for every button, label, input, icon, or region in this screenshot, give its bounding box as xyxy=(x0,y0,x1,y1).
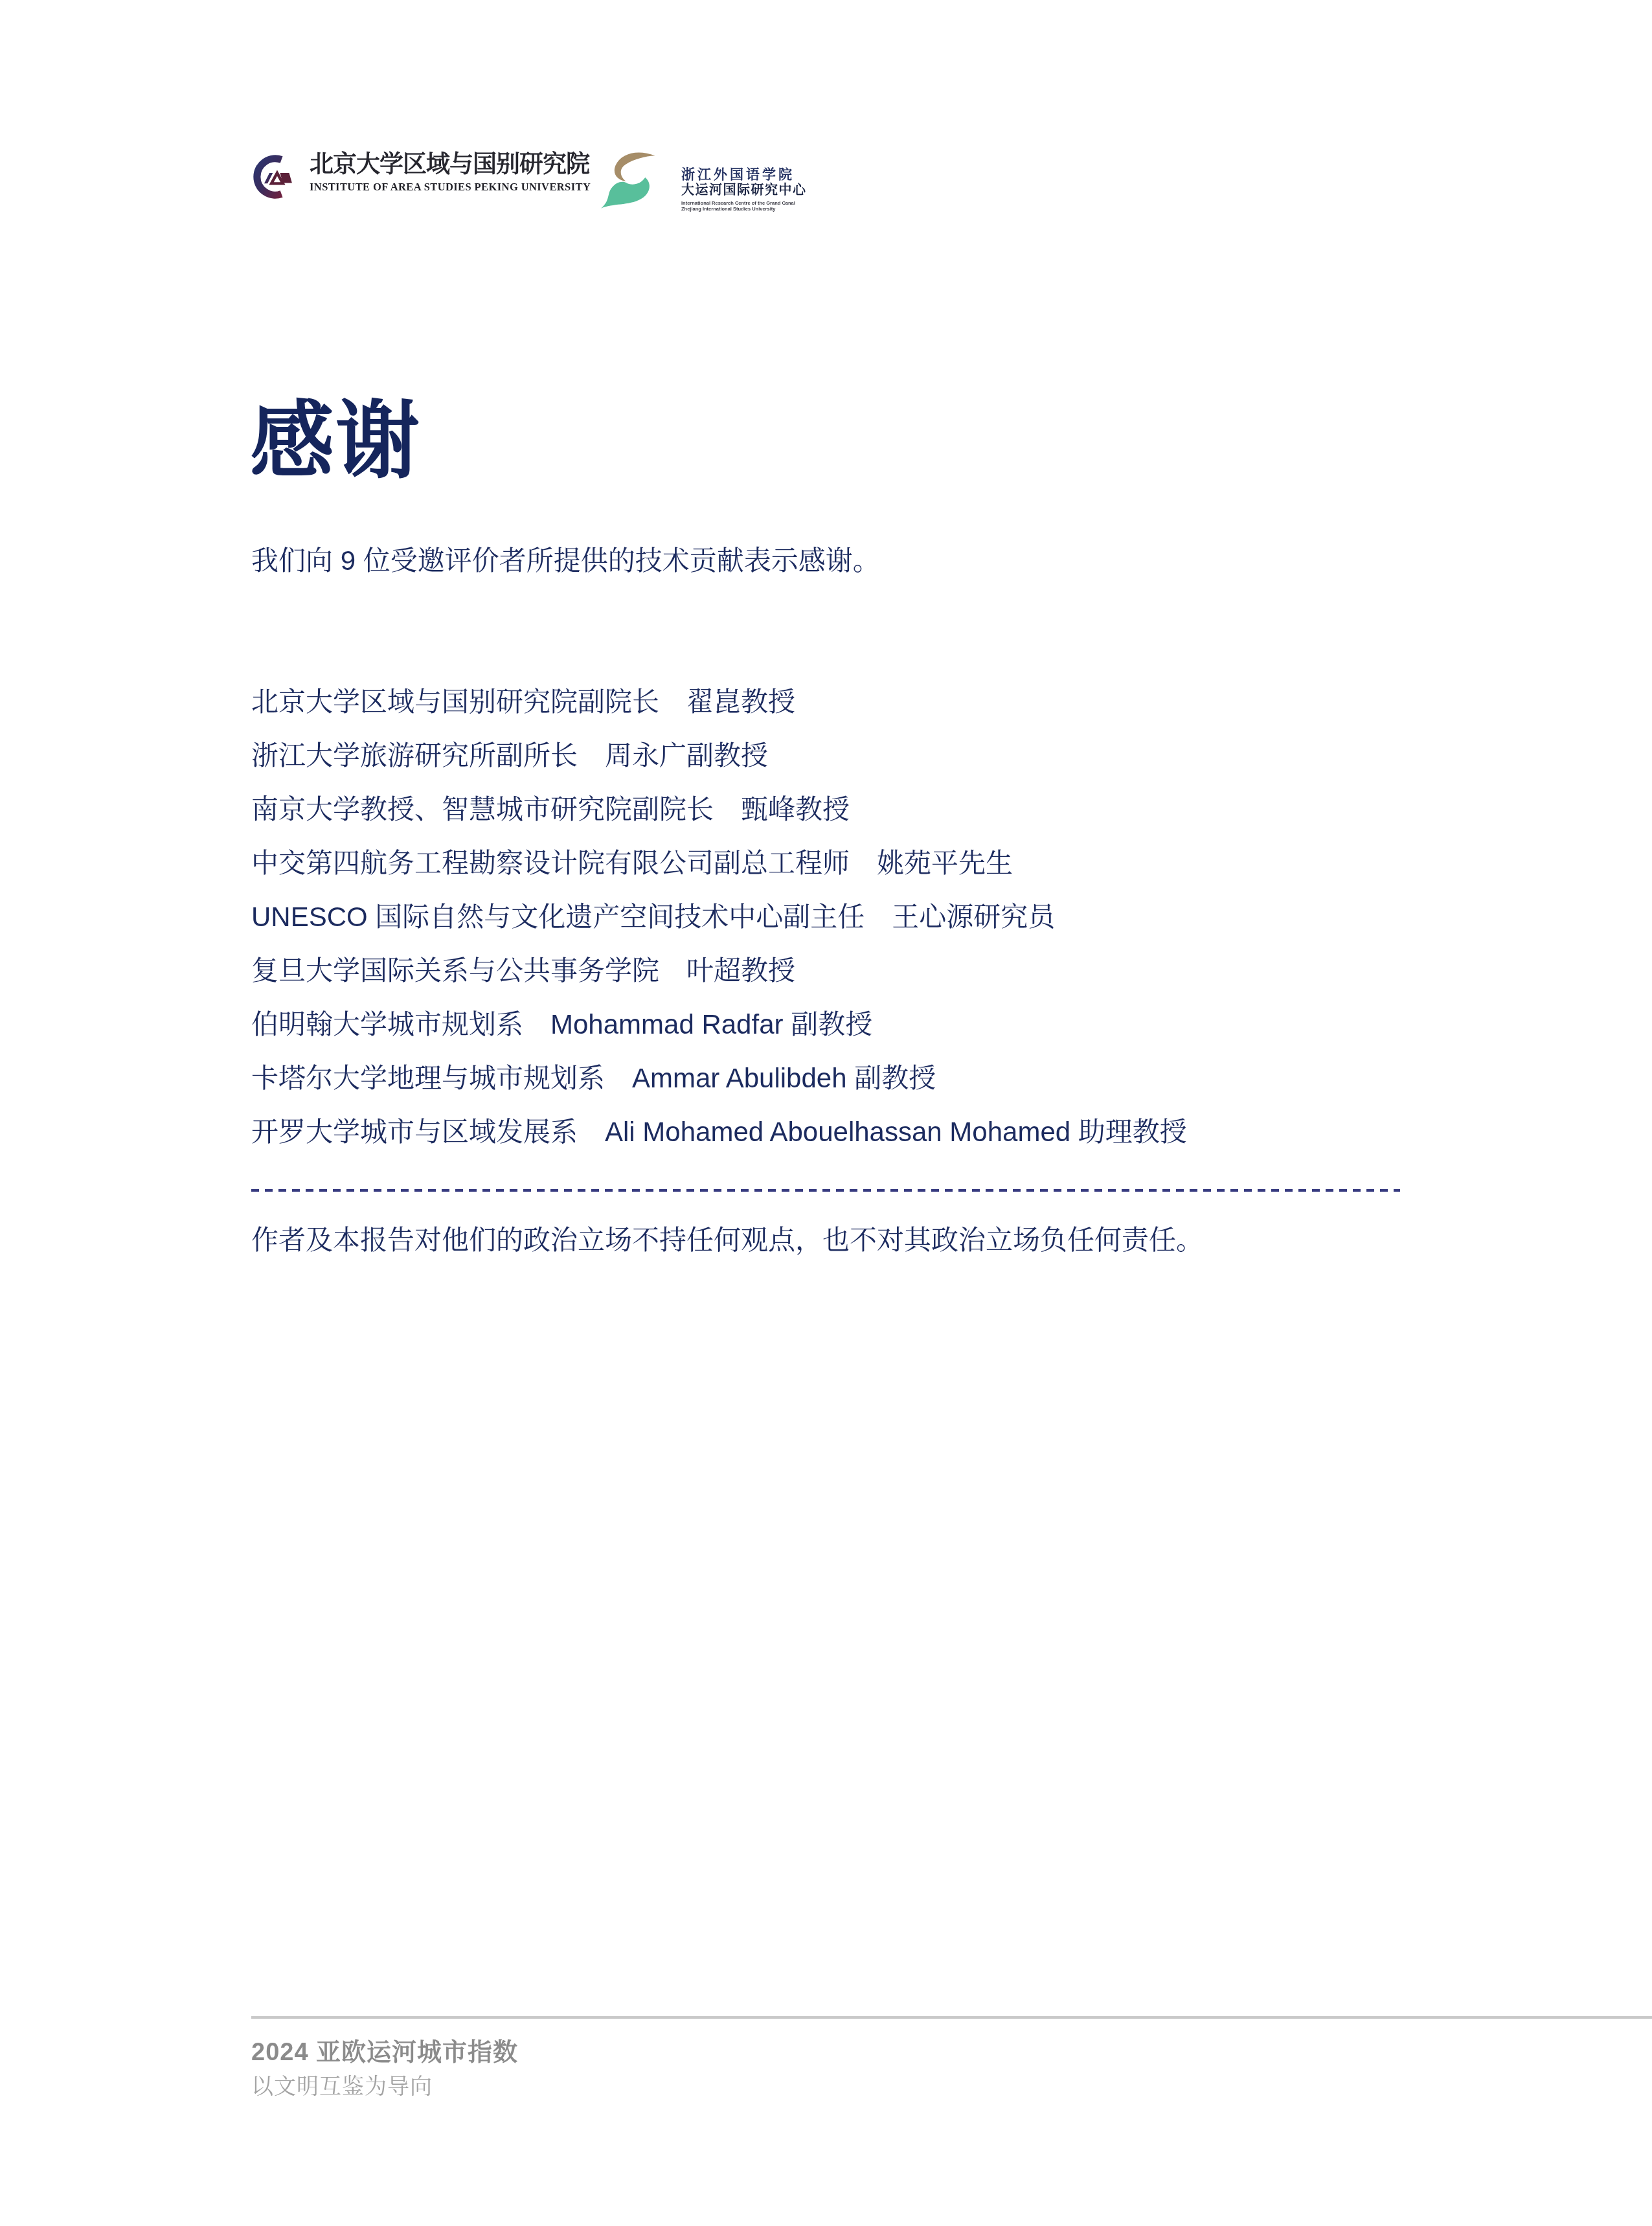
footer-report-subtitle: 以文明互鉴为导向 xyxy=(251,2073,433,2101)
list-item: 复旦大学国际关系与公共事务学院 叶超教授 xyxy=(251,944,1187,997)
list-item: UNESCO 国际自然与文化遗产空间技术中心副主任 王心源研究员 xyxy=(251,890,1187,944)
list-item: 浙江大学旅游研究所副所长 周永广副教授 xyxy=(251,729,1187,782)
acknowledgee-list: 北京大学区域与国别研究院副院长 翟崑教授 浙江大学旅游研究所副所长 周永广副教授… xyxy=(251,675,1187,1159)
footer-report-title: 2024 亚欧运河城市指数 xyxy=(251,2037,518,2068)
list-item: 卡塔尔大学地理与城市规划系 Ammar Abulibdeh 副教授 xyxy=(251,1051,1187,1105)
intro-paragraph: 我们向 9 位受邀评价者所提供的技术贡献表示感谢。 xyxy=(251,541,880,581)
page-title: 感谢 xyxy=(250,389,421,492)
list-item: 中交第四航务工程勘察设计院有限公司副总工程师 姚苑平先生 xyxy=(251,836,1187,890)
list-item: 南京大学教授、智慧城市研究院副院长 甄峰教授 xyxy=(251,782,1187,836)
list-item: 北京大学区域与国别研究院副院长 翟崑教授 xyxy=(251,675,1187,729)
dashed-divider xyxy=(251,1189,1400,1192)
zisu-logo-en-line1: International Research Centre of the Gra… xyxy=(681,200,807,206)
zisu-logo-text: 浙江外国语学院 大运河国际研究中心 International Research… xyxy=(681,167,807,214)
pku-ias-logo-text: 北京大学区域与国别研究院 INSTITUTE OF AREA STUDIES P… xyxy=(310,151,591,194)
zisu-brush-swirl-icon xyxy=(597,148,676,214)
pku-ias-logo: 北京大学区域与国别研究院 INSTITUTE OF AREA STUDIES P… xyxy=(251,144,591,201)
zisu-logo-school-name: 浙江外国语学院 xyxy=(681,167,807,182)
disclaimer-text: 作者及本报告对他们的政治立场不持任何观点，也不对其政治立场负任何责任。 xyxy=(251,1220,1203,1260)
document-page: 北京大学区域与国别研究院 INSTITUTE OF AREA STUDIES P… xyxy=(0,0,1652,2226)
zisu-logo-center-name: 大运河国际研究中心 xyxy=(681,183,807,198)
pku-ias-crescent-icon xyxy=(251,153,299,201)
zisu-logo-en-line2: Zhejiang International Studies Universit… xyxy=(681,206,807,212)
list-item: 开罗大学城市与区域发展系 Ali Mohamed Abouelhassan Mo… xyxy=(251,1105,1187,1159)
list-item: 伯明翰大学城市规划系 Mohammad Radfar 副教授 xyxy=(251,997,1187,1051)
pku-logo-cn-name: 北京大学区域与国别研究院 xyxy=(310,151,591,179)
pku-logo-en-name: INSTITUTE OF AREA STUDIES PEKING UNIVERS… xyxy=(310,181,591,194)
footer-rule xyxy=(251,2016,1652,2019)
zisu-grand-canal-logo: 浙江外国语学院 大运河国际研究中心 International Research… xyxy=(597,148,807,214)
